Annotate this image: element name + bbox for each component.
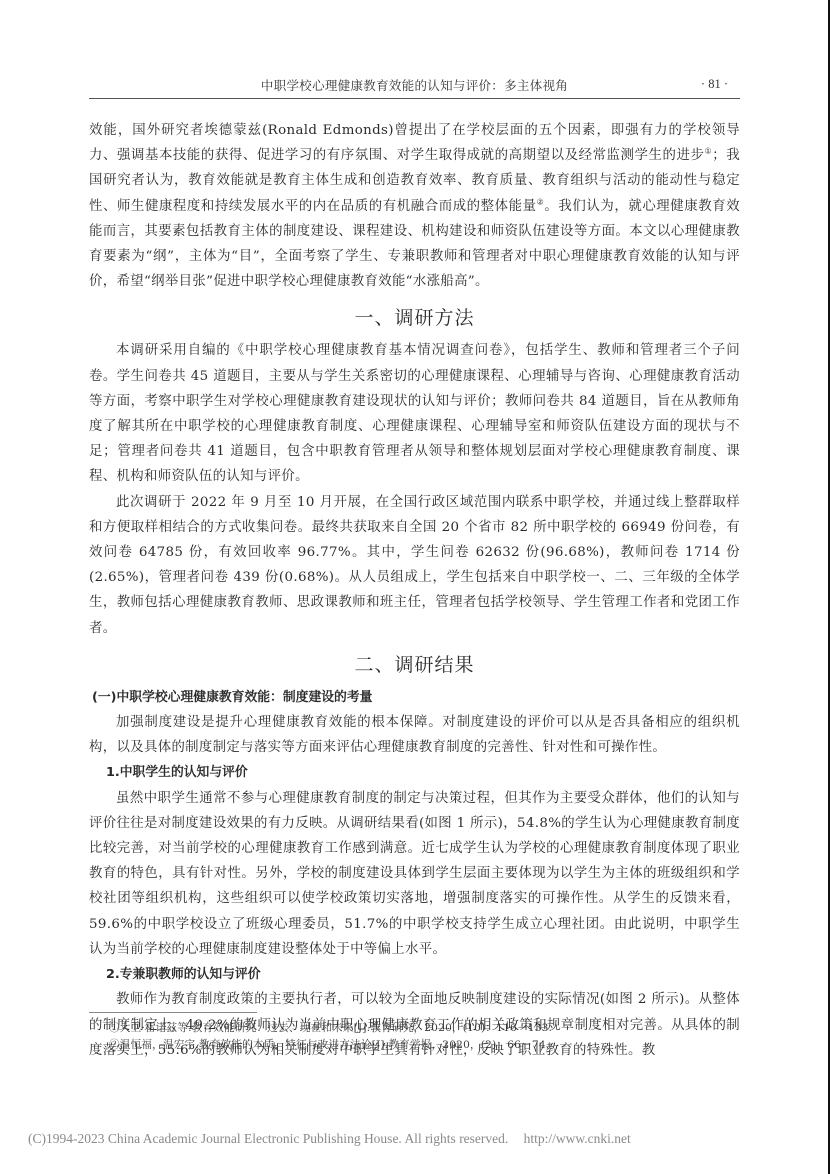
footnote-1: ①大卫·雷诺兹等.教育效能研究：过去、现在和未来[J].教育研究，2020，(1…	[109, 1020, 739, 1037]
subsection-title-system: (一)中职学校心理健康教育效能：制度建设的考量	[89, 685, 740, 710]
copyright-footer: (C)1994-2023 China Academic Journal Elec…	[28, 1131, 808, 1147]
page-number: · 81 ·	[701, 77, 728, 92]
page-edge-border	[828, 0, 830, 1174]
footnotes: ①大卫·雷诺兹等.教育效能研究：过去、现在和未来[J].教育研究，2020，(1…	[109, 1020, 739, 1054]
header-rule	[89, 98, 740, 99]
footnote-2: ②温恒福，温宏宇.教育效能的本质、特征与改进方法论[J].教育学报，2020，(…	[109, 1037, 739, 1054]
section-title-results: 二、调研结果	[89, 653, 740, 677]
methods-paragraph-2: 此次调研于 2022 年 9 月至 10 月开展，在全国行政区域范围内联系中职学…	[89, 490, 740, 641]
system-intro-paragraph: 加强制度建设是提升心理健康教育效能的根本保障。对制度建设的评价可以从是否具备相应…	[89, 710, 740, 760]
footnote-rule	[89, 1012, 257, 1013]
running-title: 中职学校心理健康教育效能的认知与评价：多主体视角	[89, 76, 740, 94]
copyright-text: (C)1994-2023 China Academic Journal Elec…	[28, 1131, 508, 1146]
section-title-methods: 一、调研方法	[89, 306, 740, 330]
subsub-title-students: 1.中职学生的认知与评价	[89, 760, 740, 785]
methods-paragraph-1: 本调研采用自编的《中职学校心理健康教育基本情况调查问卷》，包括学生、教师和管理者…	[89, 338, 740, 489]
article-body: 效能，国外研究者埃德蒙兹(Ronald Edmonds)曾提出了在学校层面的五个…	[89, 118, 740, 1063]
intro-paragraph: 效能，国外研究者埃德蒙兹(Ronald Edmonds)曾提出了在学校层面的五个…	[89, 118, 740, 294]
cnki-link[interactable]: http://www.cnki.net	[524, 1131, 631, 1146]
intro-text-a: 效能，国外研究者埃德蒙兹(Ronald Edmonds)曾提出了在学校层面的五个…	[89, 123, 740, 163]
students-paragraph: 虽然中职学生通常不参与心理健康教育制度的制定与决策过程，但其作为主要受众群体，他…	[89, 786, 740, 962]
running-header: 中职学校心理健康教育效能的认知与评价：多主体视角 · 81 ·	[89, 76, 740, 96]
subsub-title-teachers: 2.专兼职教师的认知与评价	[89, 962, 740, 987]
